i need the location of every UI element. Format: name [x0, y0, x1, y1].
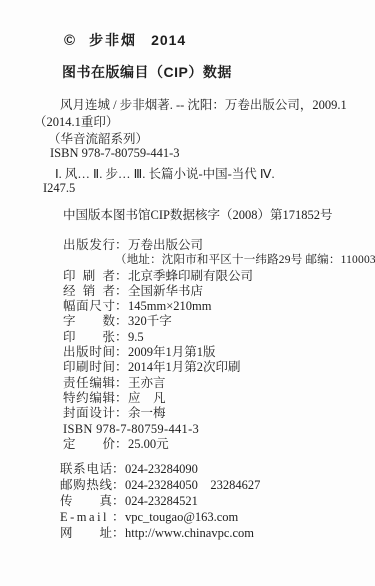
colon: ：	[115, 345, 128, 360]
contact-block: 联系电话：024-23284090 邮购热线：024-23284050 2328…	[60, 461, 260, 541]
row-printer: 印刷者：北京季蜂印刷有限公司	[63, 269, 375, 284]
row-printing-date: 印刷时间：2014年1月第2次印刷	[63, 360, 375, 375]
colon: ：	[115, 284, 128, 299]
row-label: 印刷时间	[63, 360, 115, 375]
colon: ：	[115, 330, 128, 345]
colon: ：	[115, 437, 128, 452]
row-label: 幅面尺寸	[63, 299, 115, 314]
row-label: 经销者	[63, 284, 115, 299]
row-distributor: 经销者：全国新华书店	[63, 284, 375, 299]
colon: ：	[115, 238, 128, 253]
row-label: 联系电话	[60, 461, 112, 477]
copyright-year: 2014	[151, 32, 186, 48]
colon: ：	[115, 376, 128, 391]
row-value: ISBN 978-7-80759-441-3	[63, 422, 199, 437]
colon: ：	[115, 360, 128, 375]
row-value: 全国新华书店	[128, 284, 203, 299]
row-publisher: 出版发行：万卷出版公司	[63, 238, 375, 253]
row-value: 9.5	[128, 330, 144, 345]
colon: ：	[115, 406, 128, 421]
row-value: http://www.chinavpc.com	[125, 525, 254, 541]
colon: ：	[112, 509, 125, 525]
row-publisher-address: （地址：沈阳市和平区十一纬路29号 邮编：110003）	[63, 253, 375, 268]
colon: ：	[112, 493, 125, 509]
copyright-notice: © 步非烟 2014	[64, 30, 186, 50]
row-printed-sheets: 印张：9.5	[63, 330, 375, 345]
row-price: 定价：25.00元	[63, 437, 375, 452]
book-copyright-page: © 步非烟 2014 图书在版编目（CIP）数据 风月连城 / 步非烟著. --…	[0, 0, 375, 586]
row-executive-editor: 责任编辑：王亦言	[63, 376, 375, 391]
colon: ：	[115, 269, 128, 284]
row-value: 2009年1月第1版	[128, 345, 216, 360]
colon: ：	[115, 391, 128, 406]
row-label: E-mail	[60, 509, 112, 525]
copyright-author: 步非烟	[89, 30, 137, 50]
row-word-count: 字数：320千字	[63, 314, 375, 329]
colophon-block: 出版发行：万卷出版公司 （地址：沈阳市和平区十一纬路29号 邮编：110003）…	[63, 238, 375, 452]
row-cover-designer: 封面设计：余一梅	[63, 406, 375, 421]
colon: ：	[112, 477, 125, 493]
row-mail-order-hotline: 邮购热线：024-23284050 23284627	[60, 477, 260, 493]
cip-reprint-line: （2014.1重印）	[34, 112, 118, 130]
row-isbn: ISBN 978-7-80759-441-3	[63, 422, 375, 437]
row-label: 责任编辑	[63, 376, 115, 391]
row-fax: 传真：024-23284521	[60, 493, 260, 509]
row-label: 印刷者	[63, 269, 115, 284]
cip-heading: 图书在版编目（CIP）数据	[62, 62, 232, 82]
row-value: 北京季蜂印刷有限公司	[128, 269, 253, 284]
cip-title-line: 风月连城 / 步非烟著. -- 沈阳：万卷出版公司，2009.1	[60, 95, 347, 113]
row-label: 邮购热线	[60, 477, 112, 493]
cip-series-line: （华音流韶系列）	[48, 129, 148, 147]
colon: ：	[115, 314, 128, 329]
row-value: 024-23284090	[125, 461, 198, 477]
row-label: 印张	[63, 330, 115, 345]
row-label: 出版发行	[63, 238, 115, 253]
cip-class-number: I247.5	[43, 181, 75, 196]
row-format-size: 幅面尺寸：145mm×210mm	[63, 299, 375, 314]
row-value: vpc_tougao@163.com	[125, 509, 238, 525]
row-value: （地址：沈阳市和平区十一纬路29号 邮编：110003）	[115, 253, 375, 268]
cip-record-number: 中国版本图书馆CIP数据核字（2008）第171852号	[63, 205, 332, 223]
colon: ：	[115, 299, 128, 314]
row-label: 特约编辑	[63, 391, 115, 406]
row-value: 145mm×210mm	[128, 299, 211, 314]
row-value: 应 凡	[128, 391, 166, 406]
row-value: 2014年1月第2次印刷	[128, 360, 241, 375]
row-website: 网址：http://www.chinavpc.com	[60, 525, 260, 541]
colon: ：	[112, 461, 125, 477]
colon: ：	[112, 525, 125, 541]
cip-classification-line: Ⅰ. 风… Ⅱ. 步… Ⅲ. 长篇小说-中国-当代 Ⅳ.	[55, 164, 275, 182]
row-label: 定价	[63, 437, 115, 452]
cip-isbn-line: ISBN 978-7-80759-441-3	[50, 146, 180, 161]
row-value: 024-23284050 23284627	[125, 477, 260, 493]
row-label: 封面设计	[63, 406, 115, 421]
row-value: 25.00元	[128, 437, 169, 452]
row-value: 余一梅	[128, 406, 166, 421]
copyright-symbol: ©	[64, 32, 75, 49]
row-publication-date: 出版时间：2009年1月第1版	[63, 345, 375, 360]
row-contact-phone: 联系电话：024-23284090	[60, 461, 260, 477]
row-value: 王亦言	[128, 376, 166, 391]
row-value: 320千字	[128, 314, 172, 329]
row-label: 字数	[63, 314, 115, 329]
row-email: E-mail：vpc_tougao@163.com	[60, 509, 260, 525]
row-label: 出版时间	[63, 345, 115, 360]
row-label: 传真	[60, 493, 112, 509]
row-value: 024-23284521	[125, 493, 198, 509]
row-label: 网址	[60, 525, 112, 541]
row-contributing-editor: 特约编辑：应 凡	[63, 391, 375, 406]
row-value: 万卷出版公司	[128, 238, 203, 253]
